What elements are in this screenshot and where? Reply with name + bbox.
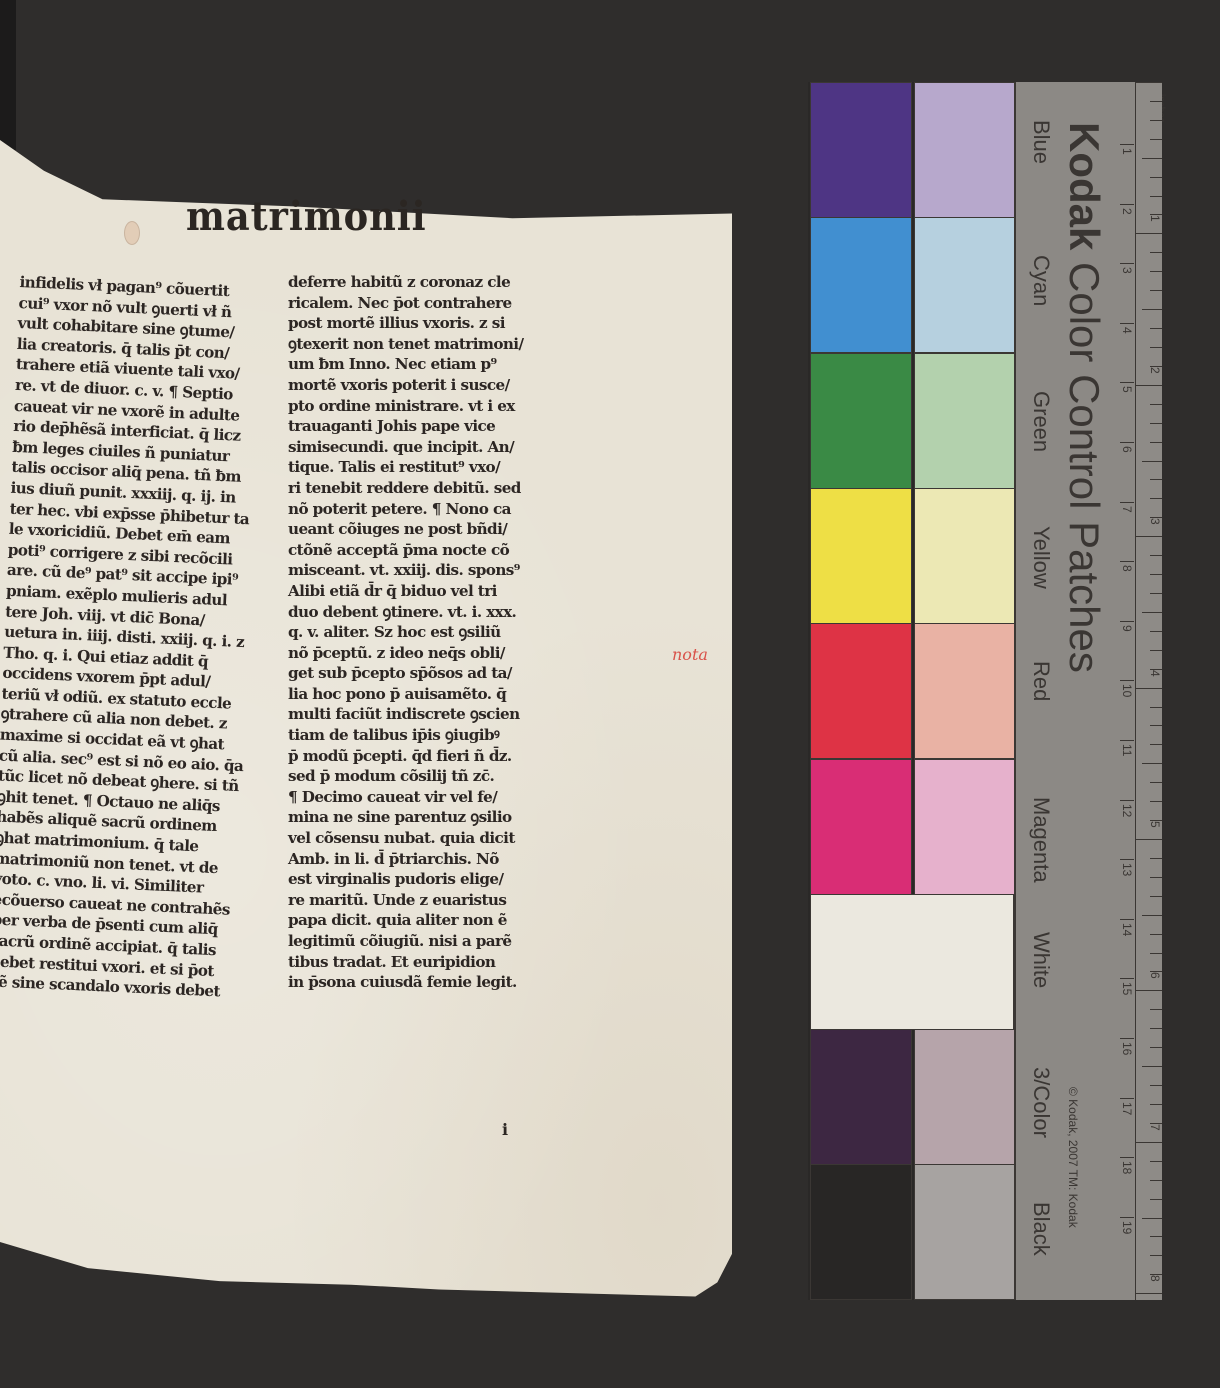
cm-number: 18: [1120, 1161, 1134, 1174]
text-line: Amb. in li. d̄ p̄triarchis. Nõ: [288, 849, 523, 870]
inch-tick: [1150, 328, 1162, 329]
text-line: est virginalis pudoris elige/: [288, 869, 523, 890]
inch-tick: [1150, 404, 1162, 405]
text-line: tibus tradat. Et euripidion: [288, 952, 523, 973]
inch-tick: [1150, 498, 1162, 499]
patch-yellow-dark: [810, 488, 912, 624]
patch-label: Black: [1028, 1202, 1054, 1256]
inch-tick: [1150, 1104, 1162, 1105]
copyright-text: © Kodak, 2007 TM: Kodak: [1066, 1087, 1080, 1228]
cm-tick: [1120, 680, 1134, 681]
cm-number: 19: [1120, 1221, 1134, 1234]
patch-label: Green: [1028, 391, 1054, 452]
inch-number: 3: [1148, 518, 1162, 525]
book-edge: [0, 0, 16, 150]
inch-tick: [1150, 1009, 1162, 1010]
cm-tick: [1120, 978, 1134, 979]
cm-number: 1: [1120, 148, 1134, 155]
inch-tick: [1136, 990, 1162, 991]
inch-tick: [1150, 1047, 1162, 1048]
text-line: deferre habitũ z coronaz cle: [288, 272, 523, 293]
inch-tick: [1150, 120, 1162, 121]
inch-tick: [1150, 1255, 1162, 1256]
paper-hole: [124, 221, 140, 245]
cm-tick: [1120, 323, 1134, 324]
cm-tick: [1120, 144, 1134, 145]
text-line: ri tenebit reddere debitũ. sed: [288, 478, 523, 499]
patch-yellow-light: [914, 488, 1016, 624]
text-line: papa dicit. quia aliter non ẽ: [288, 910, 523, 931]
cm-number: 11: [1120, 744, 1134, 756]
patch-magenta-light: [914, 759, 1016, 895]
cm-number: 8: [1120, 565, 1134, 572]
cm-tick: [1120, 740, 1134, 741]
patch-3-color-light: [914, 1029, 1016, 1165]
inch-number: 6: [1148, 972, 1162, 979]
cm-tick: [1120, 442, 1134, 443]
inch-tick: [1142, 309, 1162, 310]
inch-tick: [1142, 1066, 1162, 1067]
text-line: re maritũ. Unde z euaristus: [288, 890, 523, 911]
patch-label: Blue: [1028, 120, 1054, 164]
cm-tick: [1120, 1038, 1134, 1039]
kodak-color-target: Kodak Color Control Patches © Kodak, 200…: [808, 82, 1168, 1300]
target-subtitle: Color Control Patches: [1061, 262, 1108, 673]
text-line: Alibi etiã d̄r q̄ biduo vel tri: [288, 581, 523, 602]
inch-number: 5: [1148, 821, 1162, 828]
inch-tick: [1150, 196, 1162, 197]
inch-tick: [1136, 82, 1162, 83]
text-line: ctõnẽ acceptã p̄ma nocte cõ: [288, 540, 523, 561]
cm-tick: [1120, 204, 1134, 205]
patch-label: Yellow: [1028, 526, 1054, 589]
inch-number: 1: [1148, 215, 1162, 222]
inch-tick: [1136, 233, 1162, 234]
inch-tick: [1150, 1236, 1162, 1237]
inch-number: 4: [1148, 670, 1162, 677]
text-line: pto ordine ministrare. vt i ex: [288, 396, 523, 417]
inch-tick: [1136, 1142, 1162, 1143]
patch-black-light: [914, 1164, 1016, 1300]
cm-tick: [1120, 561, 1134, 562]
patch-red-light: [914, 623, 1016, 759]
text-line: p̄ modũ p̄cepti. q̄d fieri ñ d̄z.: [288, 746, 523, 767]
cm-tick: [1120, 263, 1134, 264]
text-line: duo debent ꝯtinere. vt. i. xxx.: [288, 602, 523, 623]
inch-tick: [1150, 1180, 1162, 1181]
text-column-right: deferre habitũ z coronaz clericalem. Nec…: [288, 272, 523, 993]
inch-tick: [1150, 725, 1162, 726]
text-line: ueant cõiuges ne post bñdi/: [288, 519, 523, 540]
cm-number: 3: [1120, 267, 1134, 274]
patch-green-light: [914, 353, 1016, 489]
text-line: q. v. aliter. Sz hoc est ꝯsiliũ: [288, 622, 523, 643]
cm-tick: [1120, 382, 1134, 383]
inch-tick: [1150, 1161, 1162, 1162]
inch-tick: [1150, 953, 1162, 954]
inch-tick: [1150, 1028, 1162, 1029]
cm-number: 10: [1120, 684, 1134, 697]
patch-label: White: [1028, 932, 1054, 988]
text-line: tiam de talibus ip̄is ꝯiugibꝰ: [288, 725, 523, 746]
patch-label: 3/Color: [1028, 1067, 1054, 1138]
cm-number: 15: [1120, 982, 1134, 995]
cm-tick: [1120, 919, 1134, 920]
text-line: mortẽ vxoris poterit i susce/: [288, 375, 523, 396]
inch-tick: [1150, 631, 1162, 632]
patch-magenta-dark: [810, 759, 912, 895]
inch-tick: [1150, 177, 1162, 178]
text-line: mina ne sine parentuz ꝯsilio: [288, 807, 523, 828]
patch-black-dark: [810, 1164, 912, 1300]
text-line: post mortẽ illius vxoris. z si: [288, 313, 523, 334]
patch-cyan-dark: [810, 217, 912, 353]
inch-tick: [1150, 782, 1162, 783]
inch-tick: [1142, 158, 1162, 159]
text-line: in p̄sona cuiusdã femie legit.: [288, 972, 523, 993]
text-line: ricalem. Nec p̄ot contrahere: [288, 293, 523, 314]
brand-name: Kodak: [1061, 122, 1108, 250]
inch-number: 2: [1148, 367, 1162, 374]
inch-tick: [1150, 896, 1162, 897]
patch-label: Cyan: [1028, 255, 1054, 306]
inch-tick: [1150, 1199, 1162, 1200]
inch-tick: [1150, 252, 1162, 253]
text-line: nõ poterit petere. ¶ Nono ca: [288, 499, 523, 520]
inch-tick: [1150, 744, 1162, 745]
text-line: tique. Talis ei restitut⁹ vxo/: [288, 457, 523, 478]
inch-tick: [1150, 801, 1162, 802]
margin-note: nota: [672, 645, 708, 664]
cm-number: 2: [1120, 208, 1134, 215]
inch-tick: [1142, 1218, 1162, 1219]
inch-tick: [1136, 536, 1162, 537]
inch-tick: [1150, 555, 1162, 556]
cm-tick: [1120, 1157, 1134, 1158]
cm-number: 13: [1120, 863, 1134, 876]
inch-tick: [1136, 688, 1162, 689]
text-column-left: infidelis vł pagan⁹ cõuertitcui⁹ vxor nõ…: [0, 272, 264, 1003]
text-line: trauaganti Johis pape vice: [288, 416, 523, 437]
inch-tick: [1142, 915, 1162, 916]
inch-tick: [1150, 593, 1162, 594]
patch-blue-light: [914, 82, 1016, 218]
cm-number: 5: [1120, 386, 1134, 393]
cm-number: 17: [1120, 1102, 1134, 1115]
text-line: ꝯtexerit non tenet matrimoni/: [288, 334, 523, 355]
cm-number: 14: [1120, 923, 1134, 936]
cm-number: 16: [1120, 1042, 1134, 1055]
patch-red-dark: [810, 623, 912, 759]
inch-tick: [1150, 650, 1162, 651]
text-line: legitimũ cõiugiũ. nisi a parẽ: [288, 931, 523, 952]
cm-tick: [1120, 859, 1134, 860]
patch-white: [810, 894, 1014, 1030]
text-line: sed p̄ modum cõsilij tñ zc̄.: [288, 766, 523, 787]
inch-tick: [1150, 101, 1162, 102]
inch-tick: [1150, 139, 1162, 140]
cm-tick: [1120, 502, 1134, 503]
inch-tick: [1136, 385, 1162, 386]
inch-scale: [1135, 82, 1162, 1300]
inch-tick: [1150, 271, 1162, 272]
inch-tick: [1142, 461, 1162, 462]
text-line: um ƀm Inno. Nec etiam p⁹: [288, 354, 523, 375]
text-line: get sub p̄cepto sp̄õsos ad ta/: [288, 663, 523, 684]
patch-label: Red: [1028, 661, 1054, 701]
patch-cyan-light: [914, 217, 1016, 353]
cm-tick: [1120, 800, 1134, 801]
cm-number: 9: [1120, 625, 1134, 632]
patch-blue-dark: [810, 82, 912, 218]
text-line: multi faciũt indiscrete ꝯscien: [288, 704, 523, 725]
text-line: lia hoc pono p̄ auisamẽto. q̄: [288, 684, 523, 705]
cm-number: 12: [1120, 804, 1134, 817]
inch-tick: [1150, 858, 1162, 859]
cm-number: 4: [1120, 327, 1134, 334]
inch-tick: [1150, 1085, 1162, 1086]
target-title: Kodak Color Control Patches: [1060, 122, 1108, 673]
inch-tick: [1150, 442, 1162, 443]
running-head: matrimonii: [186, 193, 427, 240]
inch-tick: [1136, 839, 1162, 840]
color-patches: [808, 82, 1016, 1300]
inch-tick: [1142, 763, 1162, 764]
text-line: nõ p̄ceptũ. z ideo neq̄s obli/: [288, 643, 523, 664]
cm-tick: [1120, 1098, 1134, 1099]
cm-tick: [1120, 1217, 1134, 1218]
text-line: misceant. vt. xxiij. dis. spons⁹: [288, 560, 523, 581]
inch-tick: [1150, 423, 1162, 424]
signature-mark: i: [502, 1120, 508, 1139]
cm-number: 7: [1120, 506, 1134, 513]
cm-tick: [1120, 621, 1134, 622]
inch-tick: [1150, 707, 1162, 708]
inch-tick: [1150, 574, 1162, 575]
ruler-strip: Kodak Color Control Patches © Kodak, 200…: [1014, 82, 1162, 1300]
patch-label: Magenta: [1028, 797, 1054, 883]
inch-tick: [1150, 290, 1162, 291]
inch-tick: [1150, 877, 1162, 878]
text-line: simisecundi. que incipit. An/: [288, 437, 523, 458]
inch-tick: [1150, 347, 1162, 348]
text-line: vel cõsensu nubat. quia dicit: [288, 828, 523, 849]
inch-tick: [1150, 479, 1162, 480]
patch-3-color-dark: [810, 1029, 912, 1165]
inch-number: 7: [1148, 1124, 1162, 1131]
inch-number: 8: [1148, 1275, 1162, 1282]
cm-number: 6: [1120, 446, 1134, 453]
inch-tick: [1142, 612, 1162, 613]
inch-tick: [1136, 1293, 1162, 1294]
text-line: ¶ Decimo caueat vir vel fe/: [288, 787, 523, 808]
patch-green-dark: [810, 353, 912, 489]
inch-tick: [1150, 934, 1162, 935]
